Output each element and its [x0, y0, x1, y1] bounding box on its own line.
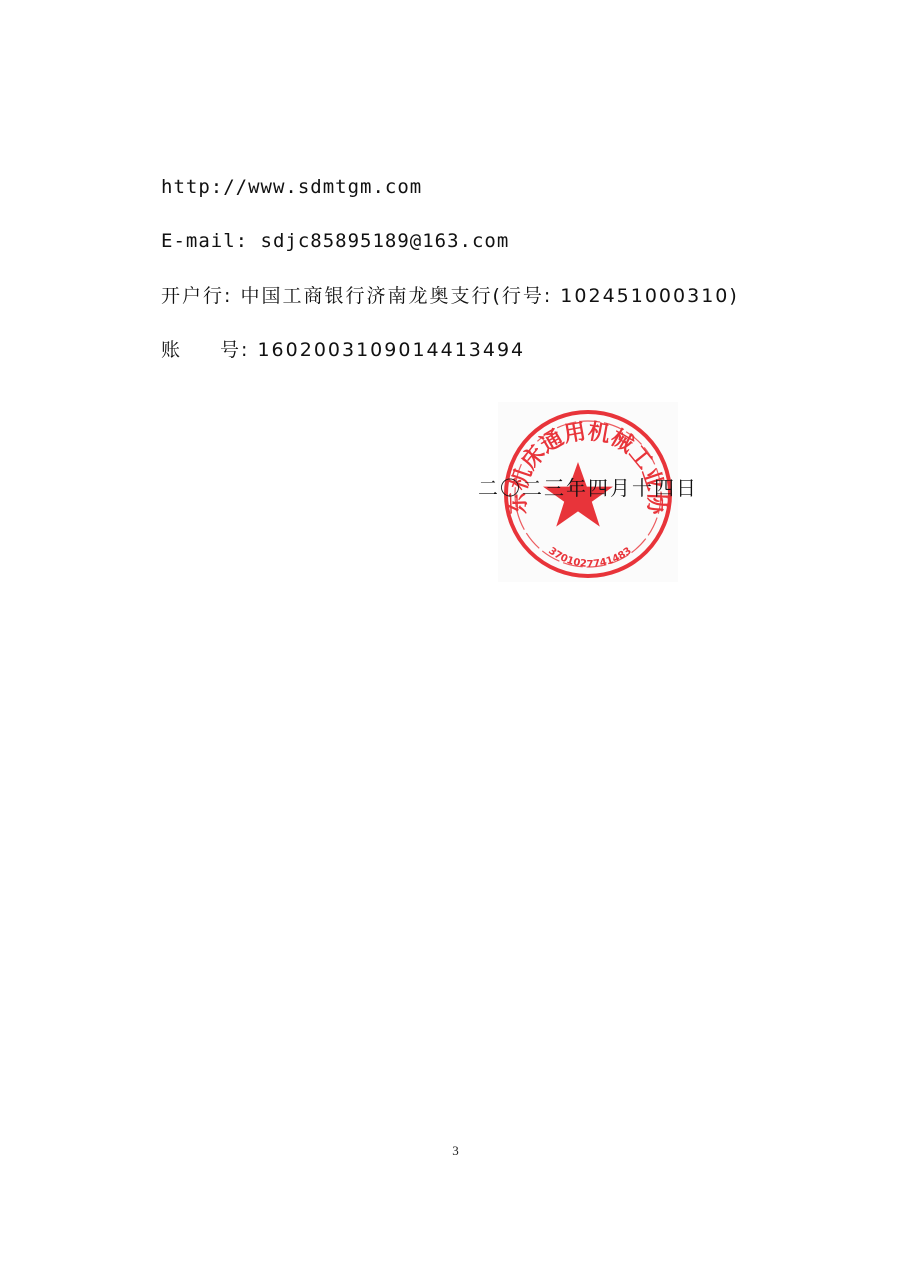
document-page: http://www.sdmtgm.com E-mail: sdjc858951… — [0, 0, 911, 1288]
bank-line: 开户行: 中国工商银行济南龙奥支行(行号: 102451000310) — [161, 284, 739, 308]
email-line: E-mail: sdjc85895189@163.com — [161, 229, 509, 253]
bank-label: 开户行: — [161, 285, 232, 307]
account-value: 1602003109014413494 — [257, 339, 525, 361]
seal-serial-text: 3701027741483 — [546, 546, 634, 570]
account-label-right: 号: — [220, 339, 249, 361]
signature-date: 二〇二三年四月十四日 — [478, 476, 698, 500]
page-number: 3 — [0, 1143, 911, 1159]
account-label: 账号: — [161, 339, 249, 361]
email-link[interactable]: sdjc85895189@163.com — [261, 230, 510, 252]
account-label-left: 账 — [161, 339, 182, 361]
website-line: http://www.sdmtgm.com — [161, 175, 422, 199]
account-line: 账号: 1602003109014413494 — [161, 338, 525, 362]
website-link[interactable]: http://www.sdmtgm.com — [161, 176, 422, 198]
email-label: E-mail: — [161, 230, 248, 252]
bank-value: 中国工商银行济南龙奥支行(行号: 102451000310) — [240, 285, 738, 307]
